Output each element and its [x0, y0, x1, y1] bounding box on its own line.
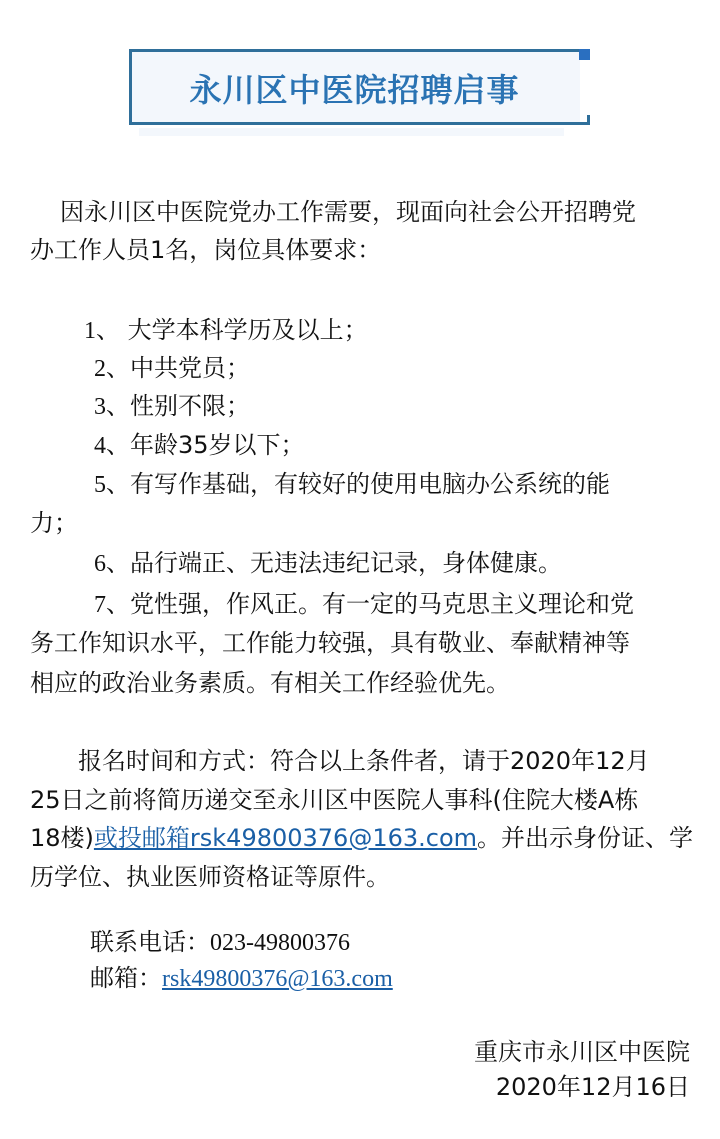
requirement-7-cont-1: 务工作知识水平，工作能力较强，具有敬业、奉献精神等: [30, 624, 630, 662]
requirement-number: 7、: [94, 592, 130, 618]
signature-org: 重庆市永川区中医院: [474, 1033, 690, 1071]
title-banner: 永川区中医院招聘启事: [129, 49, 590, 125]
application-line-4: 历学位、执业医师资格证等原件。: [30, 858, 390, 896]
intro-line-2: 办工作人员1名，岗位具体要求：: [30, 231, 381, 269]
requirement-text: 品行端正、无违法违纪记录，身体健康。: [130, 549, 562, 577]
application-line-2: 25日之前将简历递交至永川区中医院人事科(住院大楼A栋: [30, 781, 638, 819]
requirement-text: 有写作基础，有较好的使用电脑办公系统的能: [130, 470, 610, 498]
requirement-2: 2、中共党员；: [94, 349, 250, 388]
requirement-1: 1、 大学本科学历及以上；: [84, 311, 368, 350]
requirement-text: 性别不限；: [130, 392, 250, 420]
requirement-5-cont: 力；: [30, 504, 78, 542]
title-border-bottom: [129, 122, 590, 125]
application-prefix: 18楼): [30, 824, 94, 852]
requirement-number: 2、: [94, 356, 130, 382]
title-shadow: [139, 128, 564, 136]
requirement-3: 3、性别不限；: [94, 387, 250, 426]
requirement-text: 中共党员；: [130, 354, 250, 382]
requirement-7: 7、党性强，作风正。有一定的马克思主义理论和党: [94, 585, 634, 624]
requirement-number: 1、: [84, 318, 120, 344]
requirement-5: 5、有写作基础，有较好的使用电脑办公系统的能: [94, 465, 610, 504]
signature-date: 2020年12月16日: [496, 1068, 690, 1106]
corner-square-icon: [579, 49, 590, 60]
intro-line-2-text: 办工作人员1名，岗位具体要求：: [30, 236, 381, 264]
requirement-number: 5、: [94, 472, 130, 498]
email-label: 邮箱：: [90, 964, 162, 992]
requirement-number: 6、: [94, 551, 130, 577]
requirement-4: 4、年龄35岁以下；: [94, 426, 305, 465]
title-border-right: [587, 115, 590, 125]
phone-label: 联系电话：: [90, 928, 210, 956]
phone-value: 023-49800376: [210, 930, 350, 956]
requirement-number: 4、: [94, 433, 130, 459]
email-link[interactable]: 或投邮箱rsk49800376@163.com: [94, 824, 477, 852]
contact-phone: 联系电话：023-49800376: [90, 923, 350, 962]
application-line-1: 报名时间和方式：符合以上条件者，请于2020年12月: [78, 742, 650, 780]
requirement-7-cont-2: 相应的政治业务素质。有相关工作经验优先。: [30, 664, 510, 702]
title-border-top: [129, 49, 579, 52]
contact-email-link[interactable]: rsk49800376@163.com: [162, 966, 393, 992]
application-line-3: 18楼)或投邮箱rsk49800376@163.com。并出示身份证、学: [30, 819, 693, 857]
requirement-text: 大学本科学历及以上；: [128, 316, 368, 344]
requirement-number: 3、: [94, 394, 130, 420]
contact-email: 邮箱：rsk49800376@163.com: [90, 959, 393, 998]
intro-line-1: 因永川区中医院党办工作需要，现面向社会公开招聘党: [60, 193, 636, 231]
requirement-text: 年龄35岁以下；: [130, 431, 305, 459]
application-suffix: 。并出示身份证、学: [477, 824, 693, 852]
page-title: 永川区中医院招聘启事: [129, 65, 580, 111]
requirement-6: 6、品行端正、无违法违纪记录，身体健康。: [94, 544, 562, 583]
requirement-text: 党性强，作风正。有一定的马克思主义理论和党: [130, 590, 634, 618]
